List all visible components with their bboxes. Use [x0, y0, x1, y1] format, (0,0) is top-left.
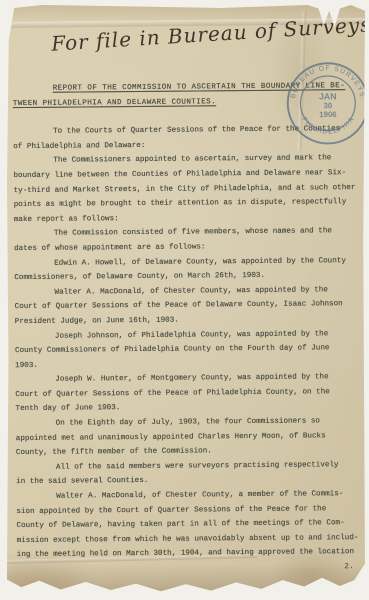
stamp-date-day: 30	[323, 101, 332, 110]
text-line: ing the meeting held on March 30th, 1904…	[17, 545, 365, 563]
paragraph: Walter A. MacDonald, of Chester County, …	[14, 283, 364, 330]
report-paragraphs: To the Courts of Quarter Sessions of the…	[13, 122, 365, 563]
page-content: For file in Bureau of Surveys — REPORT O…	[7, 5, 365, 593]
document-paper: For file in Bureau of Surveys — REPORT O…	[7, 5, 365, 593]
text-line: points as might be brought to their atte…	[14, 195, 364, 213]
paragraph: All of the said members were surveyors p…	[16, 458, 365, 490]
paragraph: Joseph Johnson, of Philadelphia County, …	[15, 327, 365, 374]
date-stamp-icon: BUREAU OF SURVEYS PHILADELPHIA JAN 30 19…	[283, 59, 365, 148]
paragraph: The Commissioners appointed to ascertain…	[13, 151, 364, 227]
stamp-date-year: 1906	[319, 110, 337, 119]
paragraph: Edwin A. Howell, of Delaware County, was…	[14, 254, 364, 286]
paragraph: The Commission consisted of five members…	[14, 224, 364, 256]
paragraph: Walter A. MacDonald, of Chester County, …	[16, 487, 365, 563]
paragraph: Joseph W. Hunter, of Montgomery County, …	[15, 370, 365, 417]
paragraph: On the Eighth day of July, 1903, the fou…	[16, 414, 365, 461]
typed-body: REPORT OF THE COMMISSION TO ASCERTAIN TH…	[13, 79, 365, 563]
handwritten-note: For file in Bureau of Surveys —	[51, 10, 365, 55]
text-line: Court of Quarter Sessions of the Peace o…	[15, 297, 365, 315]
text-line: County Commissioners of Philadelphia Cou…	[15, 341, 365, 359]
page-number: 2.	[344, 562, 354, 571]
stamp-date-month: JAN	[319, 91, 337, 101]
text-line: The Commission consisted of five members…	[14, 224, 364, 242]
